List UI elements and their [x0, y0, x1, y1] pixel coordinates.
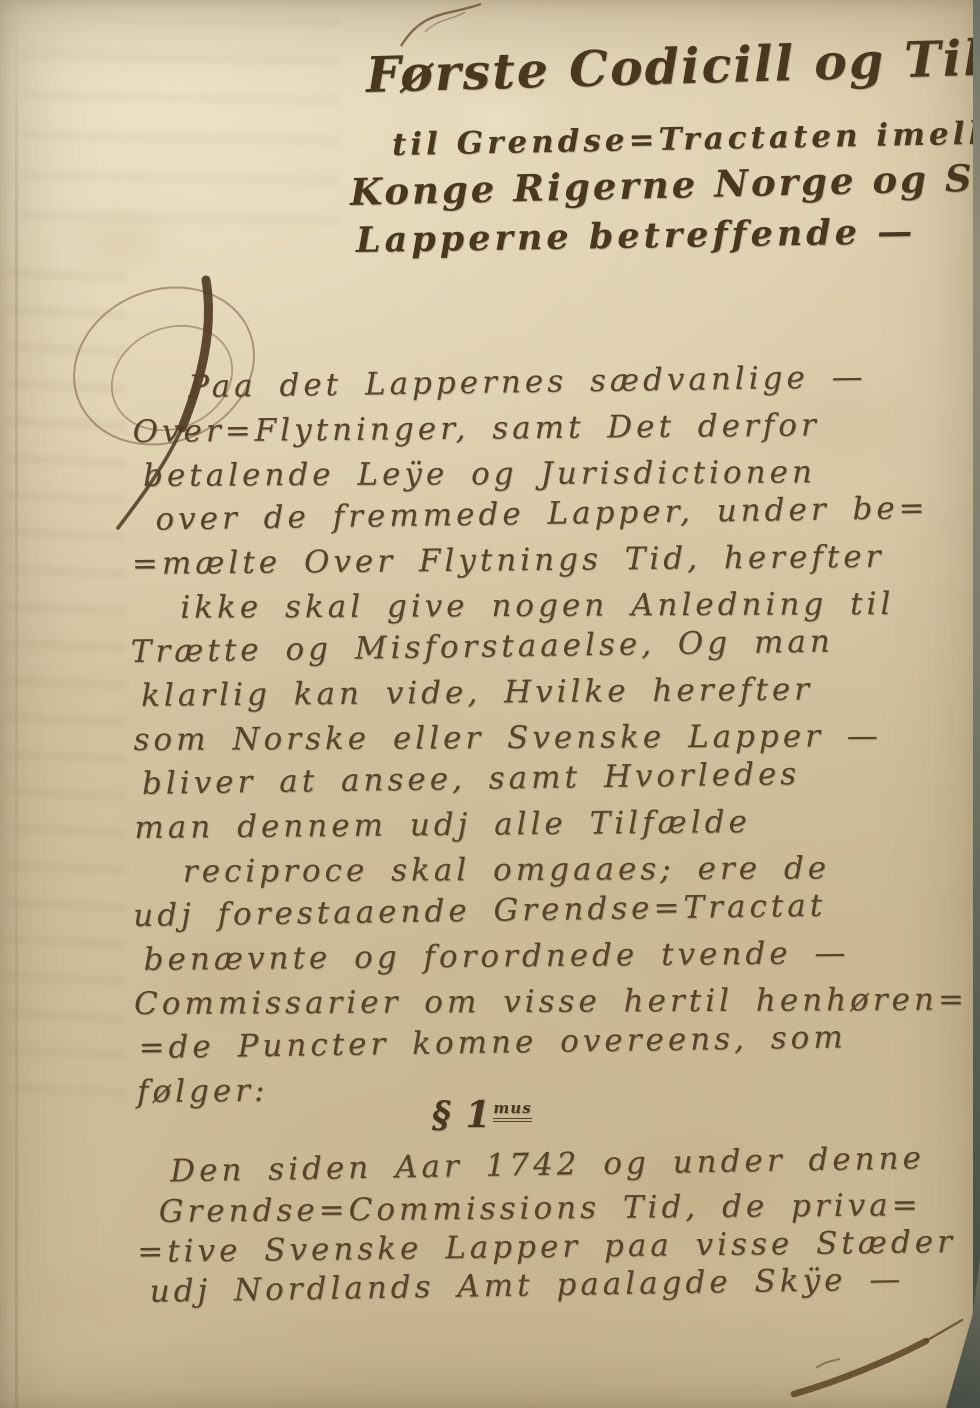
ink-bleedthrough-left [6, 260, 126, 1120]
manuscript-line: benævnte og forordnede tvende — [133, 930, 963, 982]
manuscript-line: Den siden Aar 1742 og under denne [136, 1138, 967, 1192]
title-line: Første Codicill og Tilleg [365, 26, 980, 104]
section-number-superscript: mus [493, 1099, 531, 1122]
manuscript-photo: { "page": { "colors": { "paper": "#d5c5a… [0, 0, 980, 1408]
manuscript-line: følger: [135, 1062, 965, 1114]
title-line: Lapperne betreffende — [356, 211, 917, 261]
section-1-block: Den siden Aar 1742 og under denne Grends… [136, 1142, 968, 1312]
preamble-block: Paa det Lappernes sædvanlige — Over=Flyt… [128, 358, 965, 1114]
photo-page-edge-right [973, 0, 980, 1408]
ink-bleedthrough-top [20, 20, 340, 250]
manuscript-line: =mælte Over Flytnings Tid, herefter [130, 534, 960, 586]
bottom-right-pen-flourish [786, 1314, 970, 1404]
manuscript-line: man dennem udj alle Tilfælde [132, 798, 962, 850]
binding-crease [15, 0, 18, 1408]
section-mark: § 1mus [432, 1094, 532, 1136]
section-number: § 1 [432, 1094, 491, 1136]
top-pen-mark [395, 0, 487, 48]
title-line: til Grendse=Tractaten imellem [392, 114, 980, 163]
manuscript-line: Grendse=Commissions Tid, de priva= [137, 1185, 967, 1232]
manuscript-page: Første Codicill og Tilleg til Grendse=Tr… [0, 0, 980, 1408]
manuscript-line: Paa det Lappernes sædvanlige — [128, 354, 959, 410]
manuscript-line: klarlig kan vide, Hvilke herefter [131, 666, 961, 718]
manuscript-line: Over=Flytninger, samt Det derfor [128, 402, 958, 454]
